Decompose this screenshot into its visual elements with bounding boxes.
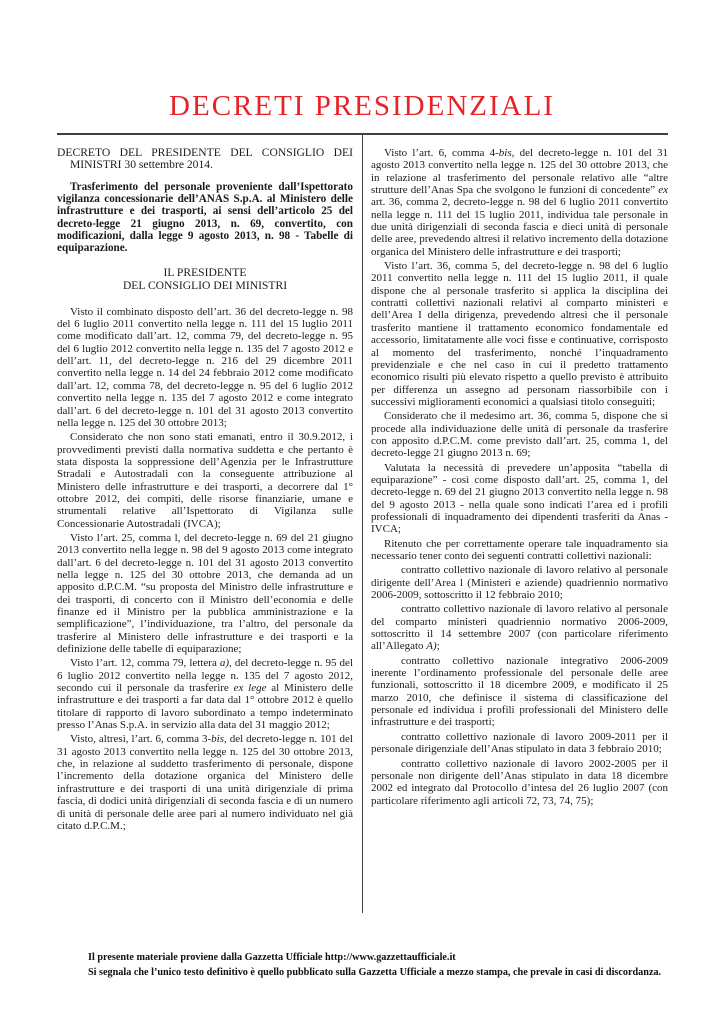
column-divider	[362, 133, 363, 913]
section-title: DECRETI PRESIDENZIALI	[0, 90, 724, 123]
paragraph: Visto l’art. 6, comma 4-bis, del decreto…	[371, 147, 668, 258]
text-segment: Visto il combinato disposto dell’art. 36…	[57, 306, 353, 429]
paragraph: Considerato che il medesimo art. 36, com…	[371, 410, 668, 459]
text-segment: Considerato che non sono stati emanati, …	[57, 431, 353, 529]
left-column: DECRETO DEL PRESIDENTE DEL CONSIGLIO DEI…	[57, 147, 353, 834]
paragraph: Visto l’art. 25, comma l, del decreto-le…	[57, 532, 353, 655]
text-segment: Ritenuto che per correttamente operare t…	[371, 538, 668, 562]
text-segment: art. 36, comma 2, decreto-legge n. 98 de…	[371, 196, 668, 257]
paragraph: Valutata la necessità di prevedere un’ap…	[371, 462, 668, 536]
left-paragraphs: Visto il combinato disposto dell’art. 36…	[57, 306, 353, 832]
paragraph: Visto il combinato disposto dell’art. 36…	[57, 306, 353, 429]
list-item: contratto collettivo nazionale di lavoro…	[371, 603, 668, 652]
document-page: DECRETI PRESIDENZIALI DECRETO DEL PRESID…	[0, 0, 724, 1024]
text-segment: ex	[658, 184, 668, 196]
text-segment: a)	[220, 657, 229, 669]
text-segment: Visto l’art. 6, comma 4-	[384, 147, 499, 159]
text-segment: bis	[499, 147, 512, 159]
salutation-line: DEL CONSIGLIO DEI MINISTRI	[57, 279, 353, 293]
text-segment: contratto collettivo nazionale di lavoro…	[371, 731, 668, 755]
text-segment: contratto collettivo nazionale di lavoro…	[371, 603, 668, 652]
decree-summary: Trasferimento del personale proveniente …	[57, 181, 353, 255]
text-segment: bis	[211, 733, 224, 745]
paragraph: Ritenuto che per correttamente operare t…	[371, 538, 668, 563]
list-item: contratto collettivo nazionale integrati…	[371, 655, 668, 729]
text-segment: Visto, altresì, l’art. 6, comma 3-	[70, 733, 211, 745]
footer-line: Si segnala che l’unico testo definitivo …	[88, 965, 684, 980]
text-segment: Visto l’art. 36, comma 5, del decreto-le…	[371, 260, 668, 408]
decree-salutation: IL PRESIDENTE DEL CONSIGLIO DEI MINISTRI	[57, 266, 353, 293]
list-item: contratto collettivo nazionale di lavoro…	[371, 731, 668, 756]
text-segment: ex lege	[234, 682, 267, 694]
text-segment: A)	[426, 640, 436, 652]
decree-heading: DECRETO DEL PRESIDENTE DEL CONSIGLIO DEI…	[57, 147, 353, 172]
text-segment: contratto collettivo nazionale integrati…	[371, 655, 668, 729]
text-segment: , del decreto-legge n. 101 del 31 agosto…	[57, 733, 353, 831]
paragraph: Considerato che non sono stati emanati, …	[57, 431, 353, 530]
salutation-line: IL PRESIDENTE	[57, 266, 353, 280]
text-segment: contratto collettivo nazionale di lavoro…	[371, 758, 668, 807]
text-segment: Considerato che il medesimo art. 36, com…	[371, 410, 668, 459]
right-column: Visto l’art. 6, comma 4-bis, del decreto…	[371, 147, 668, 809]
list-item: contratto collettivo nazionale di lavoro…	[371, 564, 668, 601]
paragraph: Visto l’art. 36, comma 5, del decreto-le…	[371, 260, 668, 408]
text-segment: Visto l’art. 12, comma 79, lettera	[70, 657, 220, 669]
text-segment: Visto l’art. 25, comma l, del decreto-le…	[57, 532, 353, 655]
footer-note: Il presente materiale proviene dalla Gaz…	[88, 950, 684, 980]
text-segment: contratto collettivo nazionale di lavoro…	[371, 564, 668, 601]
list-item: contratto collettivo nazionale di lavoro…	[371, 758, 668, 807]
paragraph: Visto l’art. 12, comma 79, lettera a), d…	[57, 657, 353, 731]
text-segment: Valutata la necessità di prevedere un’ap…	[371, 462, 668, 536]
right-paragraphs: Visto l’art. 6, comma 4-bis, del decreto…	[371, 147, 668, 807]
paragraph: Visto, altresì, l’art. 6, comma 3-bis, d…	[57, 733, 353, 832]
text-segment: ;	[437, 640, 440, 652]
footer-line: Il presente materiale proviene dalla Gaz…	[88, 950, 684, 965]
